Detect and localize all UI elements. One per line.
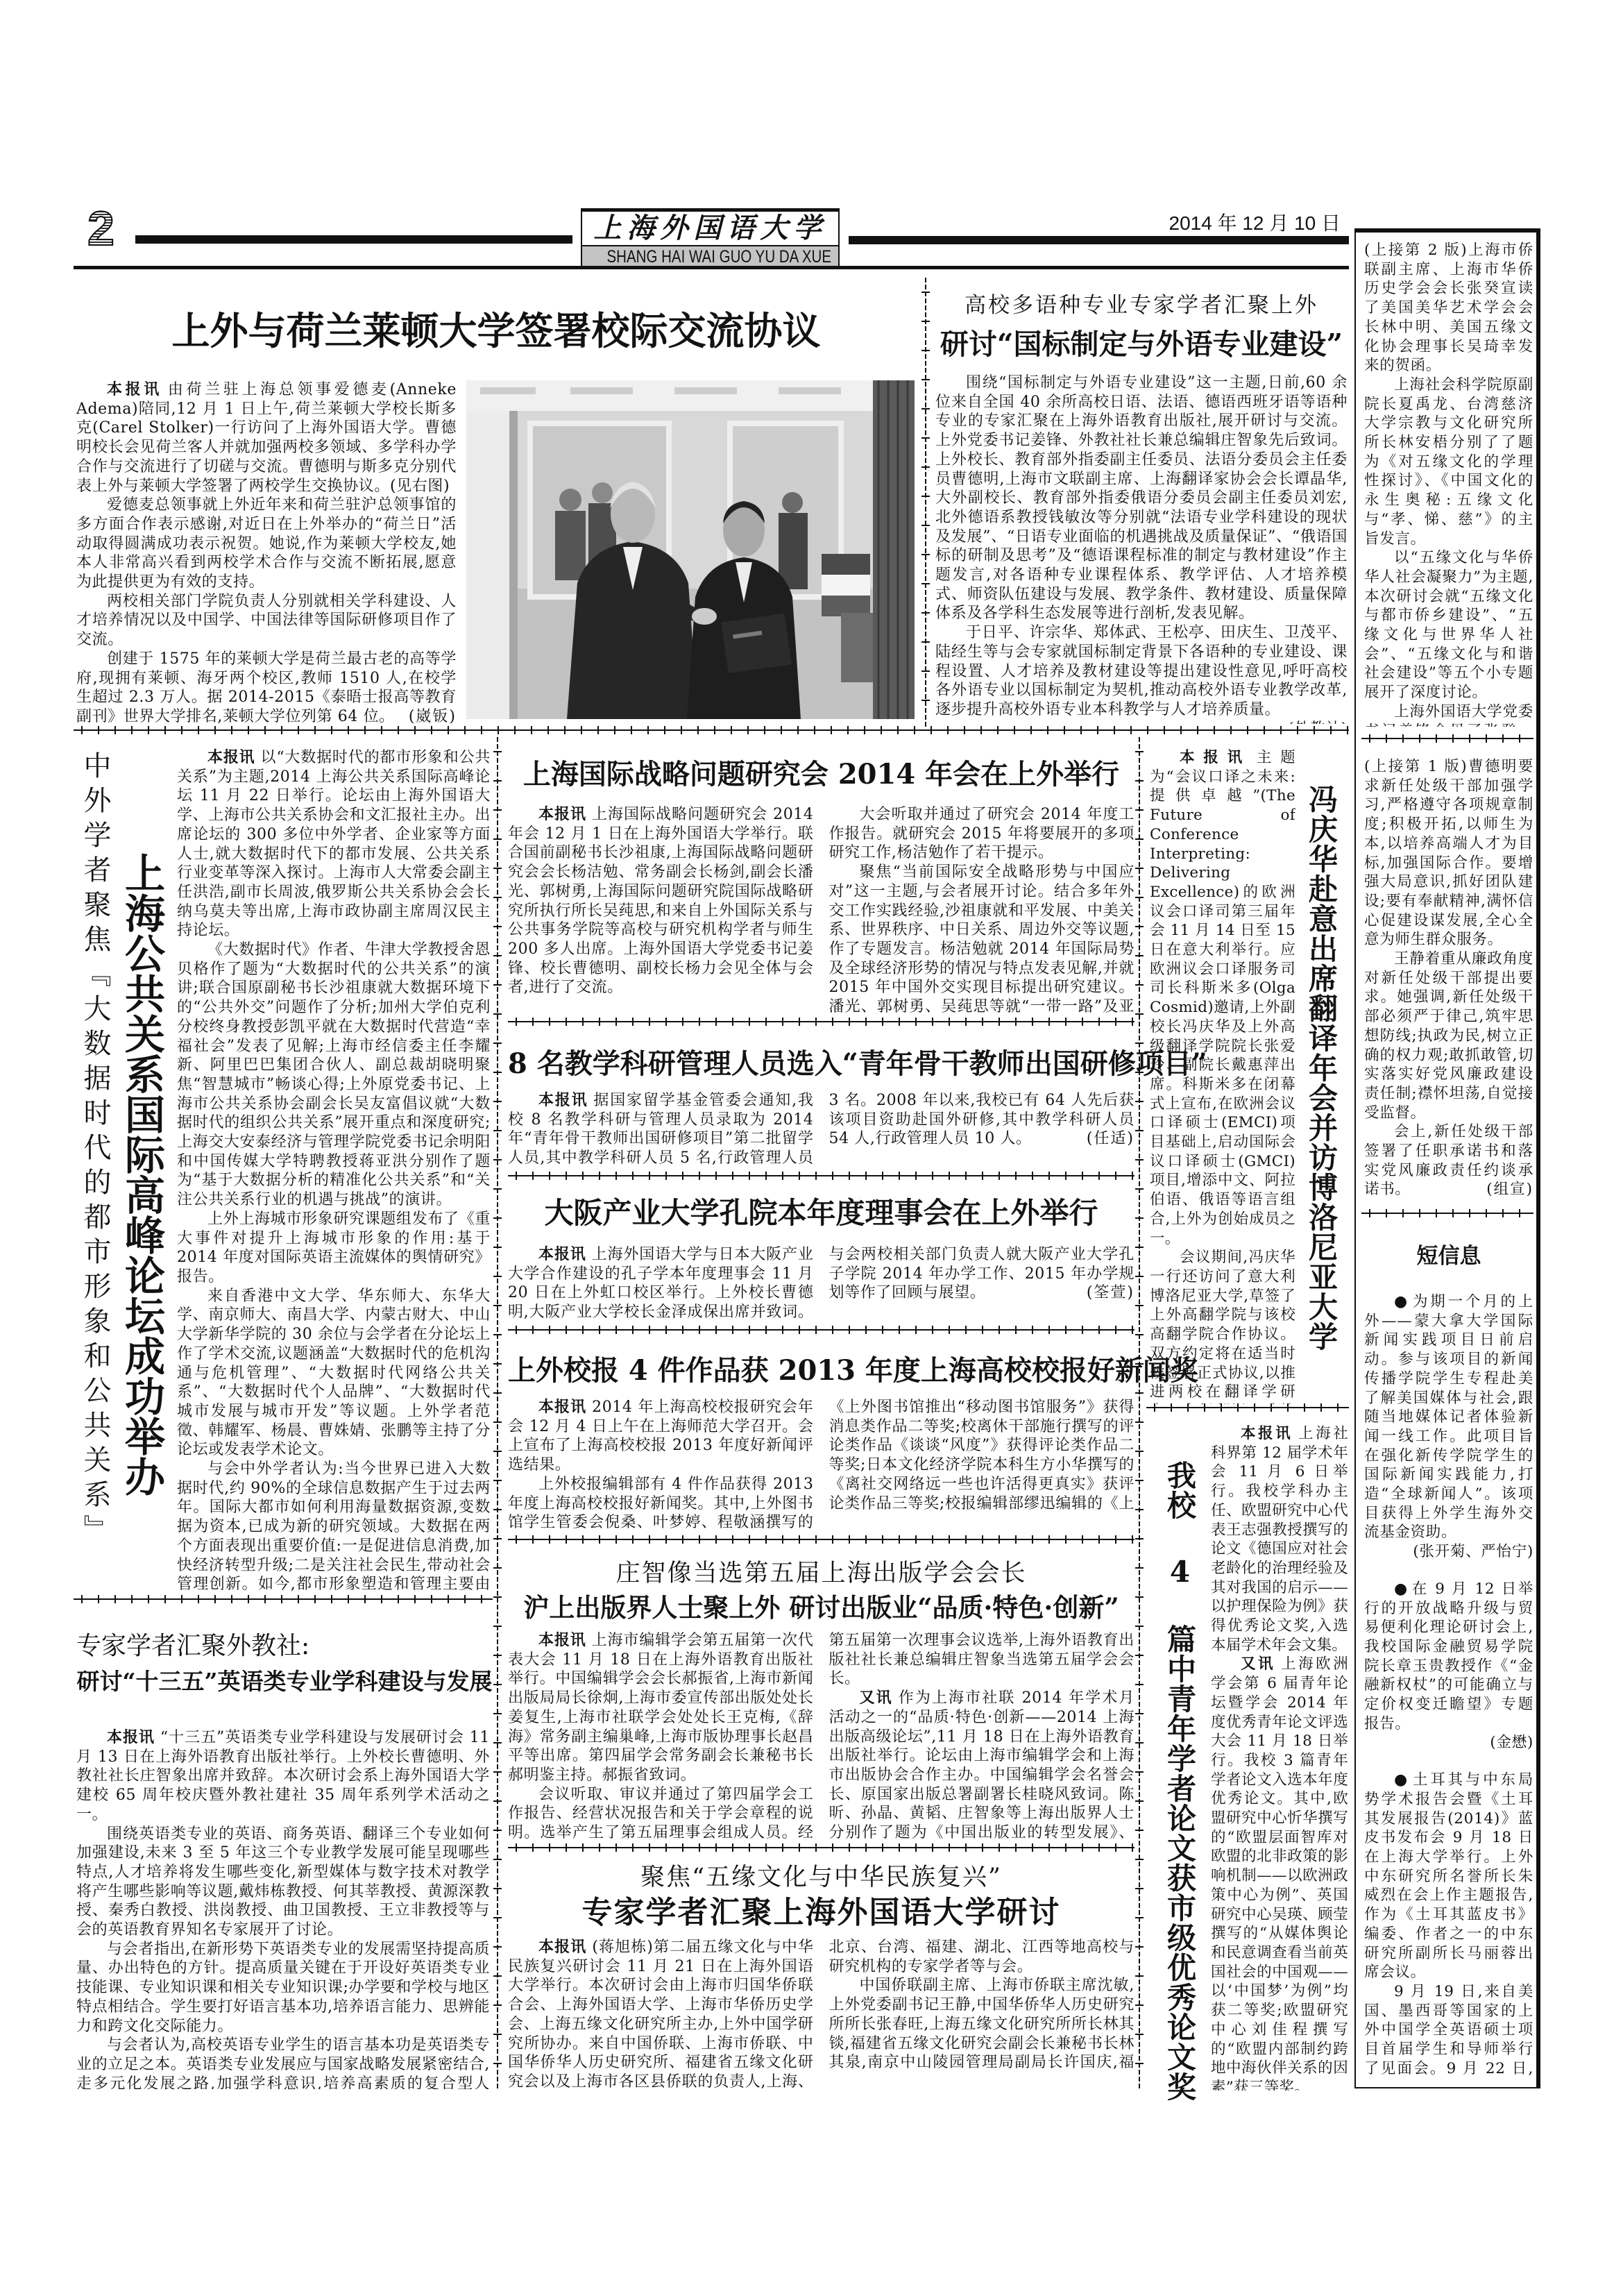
paragraph: ●在 9 月 12 日举行的开放战略升级与贸易便利化理论研讨会上,我校国际金融贸…	[1364, 1580, 1533, 1734]
young-teachers-headline: 8 名教学科研管理人员选入“青年骨干教师出国研修项目”	[508, 1045, 1135, 1083]
paragraph: 王静着重从廉政角度对新任处级干部提出要求。她强调,新任处级干部必须严于律己,筑牢…	[1364, 949, 1533, 1122]
dateline: 又讯	[860, 1689, 893, 1707]
brief-item: ●在 9 月 12 日举行的开放战略升级与贸易便利化理论研讨会上,我校国际金融贸…	[1364, 1580, 1533, 1753]
paragraph: 9 月 19 日,来自美国、墨西哥等国家的上外中国学全英语硕士项目首届学生和导师…	[1364, 1982, 1533, 2077]
paragraph-text: 创建于 1575 年的莱顿大学是荷兰最古老的高等学府,现拥有莱顿、海牙两个校区,…	[76, 650, 457, 725]
article-divider	[508, 1535, 1135, 1544]
campus-paper-headline: 上外校报 4 件作品获 2013 年度上海高校校报好新闻奖	[508, 1352, 1135, 1390]
paragraph-text: 土耳其与中东局势学术报告会暨《土耳其发展报告(2014)》蓝皮书发布会 9 月 …	[1364, 1771, 1533, 1981]
dateline: 本报讯	[107, 381, 162, 398]
column-divider	[493, 737, 502, 2089]
dateline: 本报讯	[538, 1092, 588, 1109]
paragraph: 又讯上海欧洲学会第 6 届青年论坛暨学会 2014 年度优秀青年论文评选大会 1…	[1211, 1655, 1348, 2091]
paragraph-text: 上海国际战略问题研究会 2014 年会 12 月 1 日在上海外国语大学举行。联…	[508, 806, 814, 996]
top-story-body: 本报讯由荷兰驻上海总领事爱德麦(Anneke Adema)陪同,12 月 1 日…	[76, 380, 457, 727]
english-majors-kicker: 专家学者汇聚外教社:	[76, 1631, 493, 1662]
section-divider	[74, 1595, 493, 1603]
paragraph: 本报讯“十三五”英语类专业学科建设与发展研讨会 11 月 13 日在上海外语教育…	[76, 1728, 490, 1825]
dateline: 又讯	[1241, 1655, 1275, 1673]
strategy-body: 本报讯上海国际战略问题研究会 2014 年会 12 月 1 日在上海外国语大学举…	[508, 805, 1135, 1018]
paragraph-text: 上海欧洲学会第 6 届青年论坛暨学会 2014 年度优秀青年论文评选大会 11 …	[1211, 1655, 1348, 2091]
forum-body: 本报讯以“大数据时代的都市形象和公共关系”为主题,2014 上海公共关系国际高峰…	[177, 748, 491, 1594]
paragraph: 本报讯2014 年上海高校校报研究会年会 12 月 4 日上午在上海师范大学召开…	[508, 1398, 814, 1475]
paragraph-text: 为期一个月的上外——蒙大拿大学国际新闻实践项目日前启动。参与该项目的新闻传播学院…	[1364, 1293, 1533, 1541]
article-divider	[1146, 1403, 1349, 1412]
paragraph-text: 上海市编辑学会第五届第一次代表大会 11 月 18 日在上海外语教育出版社举行。…	[508, 1632, 814, 1784]
paragraph: 本报讯上海社科界第 12 届学术年会 11 月 6 日举行。我校学科办主任、欧盟…	[1211, 1424, 1348, 1655]
paragraph: 于日平、许宗华、郑体武、王松亭、田庆生、卫茂平、陆经生等与会专家就国标制定背景下…	[935, 623, 1348, 720]
interpreting-body: 本报讯主题为“会议口译之未来:提供卓越”(The Future of Confe…	[1150, 748, 1295, 1404]
sidebar-continued-wuyuan: (上接第 2 版)上海市侨联副主席、上海市华侨历史学会会长张癸宣读了美国美华艺术…	[1364, 241, 1533, 727]
osaka-body: 本报讯上海外国语大学与日本大阪产业大学合作建设的孔子学本年度理事会 11 月 2…	[508, 1245, 1135, 1324]
english-majors-body: 本报讯“十三五”英语类专业学科建设与发展研讨会 11 月 13 日在上海外语教育…	[76, 1728, 490, 2089]
dateline: 本报讯	[538, 1632, 586, 1649]
header-underline	[74, 266, 1349, 269]
brief-item: ●为期一个月的上外——蒙大拿大学国际新闻实践项目日前启动。参与该项目的新闻传播学…	[1364, 1292, 1533, 1562]
masthead-pinyin-band: SHANG HAI WAI GUO YU DA XUE	[582, 245, 838, 267]
paragraph: 《大数据时代》作者、牛津大学教授舍恩贝格作了题为“大数据时代的公共关系”的演讲;…	[177, 940, 491, 1210]
paragraph: 两校相关部门学院负责人分别就相关学科建设、人才培养情况以及中国学、中国法律等国际…	[76, 592, 457, 650]
paragraph: 来自香港中文大学、华东师大、东华大学、南京师大、南昌大学、内蒙古财大、中山大学新…	[177, 1287, 491, 1460]
paragraph: 会议期间,冯庆华一行还访问了意大利博洛尼亚大学,草签了上外高翻学院与该校高翻学院…	[1150, 1248, 1295, 1404]
campus-paper-body: 本报讯2014 年上海高校校报研究会年会 12 月 4 日上午在上海师范大学召开…	[508, 1398, 1135, 1534]
paragraph-text: 以“大数据时代的都市形象和公共关系”为主题,2014 上海公共关系国际高峰论坛 …	[177, 749, 491, 939]
paragraph: 本报讯上海国际战略问题研究会 2014 年会 12 月 1 日在上海外国语大学举…	[508, 805, 814, 997]
article-divider	[508, 1326, 1135, 1334]
paragraph: 围绕“国标制定与外语专业建设”这一主题,日前,60 余位来自全国 40 余所高校…	[935, 373, 1348, 623]
dateline: 本报讯	[207, 749, 255, 766]
byline: (组宣)	[1486, 1180, 1533, 1199]
bullet-icon: ●	[1394, 1293, 1410, 1310]
page-number: 2	[87, 203, 114, 254]
masthead-title: 上海外国语大学	[582, 212, 838, 245]
paragraph: 本报讯以“大数据时代的都市形象和公共关系”为主题,2014 上海公共关系国际高峰…	[177, 748, 491, 940]
signing-ceremony-photo	[466, 380, 915, 719]
paragraph: (上接第 1 版)曹德明要求新任处级干部加强学习,严格遵守各项规章制度;积极开拓…	[1364, 757, 1533, 949]
forum-vertical-headline: 上海公共关系国际高峰论坛成功举办	[122, 852, 171, 1505]
paragraph-text: 主题为“会议口译之未来:提供卓越”(The Future of Conferen…	[1150, 749, 1295, 1247]
paragraph: 爱德麦总领事就上外近年来和荷兰驻沪总领事馆的多方面合作表示感谢,对近日在上外举办…	[76, 496, 457, 592]
paragraph: 上海外国语大学党委书记姜锋会见了张癸、林其锬等与会专家学者。	[1364, 702, 1533, 727]
dateline: 本报讯	[538, 1399, 586, 1416]
issue-date: 2014 年 12 月 10 日	[1110, 212, 1341, 235]
paragraph: 本报讯主题为“会议口译之未来:提供卓越”(The Future of Confe…	[1150, 748, 1295, 1248]
paragraph: 与会者认为,高校英语专业学生的语言基本功是英语类专业的立足之本。英语类专业发展应…	[76, 2036, 490, 2089]
masthead-pinyin: SHANG HAI WAI GUO YU DA XUE	[607, 246, 832, 267]
young-teachers-body: 本报讯据国家留学基金管委会通知,我校 8 名教学科研与管理人员录取为 2014 …	[508, 1091, 1135, 1170]
english-majors-headline: 研讨“十三五”英语类专业学科建设与发展	[76, 1664, 493, 1699]
bullet-icon: ●	[1394, 1580, 1409, 1598]
dateline: 本报讯	[538, 1939, 586, 1956]
paragraph: 与会中外学者认为:当今世界已进入大数据时代,约 90%的全球信息数据产生于过去两…	[177, 1460, 491, 1594]
dateline: 本报讯	[538, 806, 586, 823]
masthead: 上海外国语大学 SHANG HAI WAI GUO YU DA XUE	[581, 208, 840, 269]
paragraph-text: 在 9 月 12 日举行的开放战略升级与贸易便利化理论研讨会上,我校国际金融贸易…	[1364, 1580, 1533, 1732]
column-divider	[921, 278, 930, 727]
byline: (金懋)	[1364, 1733, 1533, 1753]
paragraph: ●为期一个月的上外——蒙大拿大学国际新闻实践项目日前启动。参与该项目的新闻传播学…	[1364, 1292, 1533, 1542]
section-divider	[74, 726, 1349, 734]
article-divider	[508, 1018, 1135, 1026]
paragraph: 上外上海城市形象研究课题组发布了《重大事件对提升上海城市形象的作用:基于 201…	[177, 1210, 491, 1287]
guobiao-kicker: 高校多语种专业专家学者汇聚上外	[935, 292, 1348, 319]
wuyuan-kicker: 聚焦“五缘文化与中华民族复兴”	[508, 1863, 1135, 1892]
paragraph: 与会者指出,在新形势下英语类专业的发展需坚持提高质量、办出特色的方针。提高质量关…	[76, 1940, 490, 2036]
interpreting-vertical-headline: 冯庆华赴意出席翻译年会并访博洛尼亚大学	[1303, 784, 1342, 1367]
briefs-list: ●为期一个月的上外——蒙大拿大学国际新闻实践项目日前启动。参与该项目的新闻传播学…	[1364, 1292, 1533, 2077]
paragraph-text: 上海外国语大学与日本大阪产业大学合作建设的孔子学本年度理事会 11 月 20 日…	[508, 1246, 1135, 1321]
article-divider	[508, 1843, 1135, 1852]
paragraph: 上海社会科学院原副院长夏禹龙、台湾慈济大学宗教与文化研究所所长林安梧分别了了题为…	[1364, 375, 1533, 548]
byline: (筌萱)	[1087, 1283, 1135, 1303]
dateline: 本报讯	[1180, 749, 1251, 766]
dateline: 本报讯	[538, 1246, 586, 1263]
papers-vertical-headline: 我校 4 篇中青年学者论文获市级优秀论文奖	[1162, 1460, 1200, 2043]
briefs-title: 短信息	[1364, 1242, 1533, 1270]
paragraph: 以“五缘文化与华侨华人社会凝聚力”为主题,本次研讨会就“五缘文化与都市侨乡建设”…	[1364, 548, 1533, 702]
guobiao-body: 围绕“国标制定与外语专业建设”这一主题,日前,60 余位来自全国 40 余所高校…	[935, 373, 1348, 724]
paragraph-text: 据国家留学基金管委会通知,我校 8 名教学科研与管理人员录取为 2014 年“青…	[508, 1092, 1135, 1167]
paragraph: 围绕英语类专业的英语、商务英语、翻译三个专业如何加强建设,未来 3 至 5 年这…	[76, 1825, 490, 1940]
paragraph-text: 上海社科界第 12 届学术年会 11 月 6 日举行。我校学科办主任、欧盟研究中…	[1211, 1425, 1348, 1654]
top-story-headline: 上外与荷兰莱顿大学签署校际交流协议	[160, 307, 833, 355]
dateline: 本报讯	[1241, 1425, 1293, 1442]
publishing-body: 本报讯上海市编辑学会第五届第一次代表大会 11 月 18 日在上海外语教育出版社…	[508, 1631, 1135, 1843]
masthead-rule-right	[849, 236, 1349, 244]
paragraph: 本报讯据国家留学基金管委会通知,我校 8 名教学科研与管理人员录取为 2014 …	[508, 1091, 1135, 1170]
paragraph: 本报讯上海外国语大学与日本大阪产业大学合作建设的孔子学本年度理事会 11 月 2…	[508, 1245, 1135, 1324]
masthead-rule-left	[135, 235, 572, 244]
newspaper-page: 2 上海外国语大学 SHANG HAI WAI GUO YU DA XUE 20…	[0, 0, 1623, 2296]
forum-vertical-kicker: 中外学者聚焦『大数据时代的都市形象和公共关系』	[82, 751, 115, 1594]
papers-body: 本报讯上海社科界第 12 届学术年会 11 月 6 日举行。我校学科办主任、欧盟…	[1211, 1424, 1348, 2091]
byline: (张开菊、严怡宁)	[1364, 1542, 1533, 1562]
brief-item: ●土耳其与中东局势学术报告会暨《土耳其发展报告(2014)》蓝皮书发布会 9 月…	[1364, 1771, 1533, 2077]
publishing-kicker: 庄智像当选第五届上海出版学会会长	[508, 1559, 1135, 1588]
column-divider	[1135, 737, 1144, 2089]
bullet-icon: ●	[1394, 1771, 1410, 1789]
byline: (任适)	[1087, 1129, 1135, 1149]
byline: (崴钣)	[409, 707, 457, 727]
wuyuan-headline: 专家学者汇聚上海外国语大学研讨	[508, 1893, 1135, 1932]
guobiao-headline: 研讨“国标制定与外语专业建设”	[935, 323, 1348, 365]
osaka-headline: 大阪产业大学孔院本年度理事会在上外举行	[508, 1194, 1135, 1233]
paragraph: 大会听取并通过了研究会 2014 年度工作报告。就研究会 2015 年将要展开的…	[829, 805, 1135, 863]
wuyuan-body: 本报讯(蒋旭栋)第二届五缘文化与中华民族复兴研讨会 11 月 21 日在上海外国…	[508, 1938, 1135, 2093]
byline: (外教社)	[935, 720, 1348, 724]
publishing-headline: 沪上出版界人士聚上外 研讨出版业“品质·特色·创新”	[508, 1589, 1135, 1626]
dateline: 本报讯	[107, 1729, 155, 1746]
sidebar-continued-cadres: (上接第 1 版)曹德明要求新任处级干部加强学习,严格遵守各项规章制度;积极开拓…	[1364, 757, 1533, 1201]
paragraph: 本报讯由荷兰驻上海总领事爱德麦(Anneke Adema)陪同,12 月 1 日…	[76, 380, 457, 496]
paragraph: 本报讯上海市编辑学会第五届第一次代表大会 11 月 18 日在上海外语教育出版社…	[508, 1631, 814, 1785]
paragraph: 创建于 1575 年的莱顿大学是荷兰最古老的高等学府,现拥有莱顿、海牙两个校区,…	[76, 650, 457, 727]
sidebar-divider	[1361, 734, 1533, 743]
paragraph: (上接第 2 版)上海市侨联副主席、上海市华侨历史学会会长张癸宣读了美国美华艺术…	[1364, 241, 1533, 375]
strategy-headline: 上海国际战略问题研究会 2014 年会在上外举行	[508, 757, 1135, 793]
paragraph: ●土耳其与中东局势学术报告会暨《土耳其发展报告(2014)》蓝皮书发布会 9 月…	[1364, 1771, 1533, 1982]
sidebar-divider	[1361, 1209, 1533, 1217]
article-divider	[508, 1172, 1135, 1180]
paragraph: 会上,新任处级干部签署了任职承诺书和落实党风廉政责任约谈承诺书。(组宣)	[1364, 1122, 1533, 1199]
